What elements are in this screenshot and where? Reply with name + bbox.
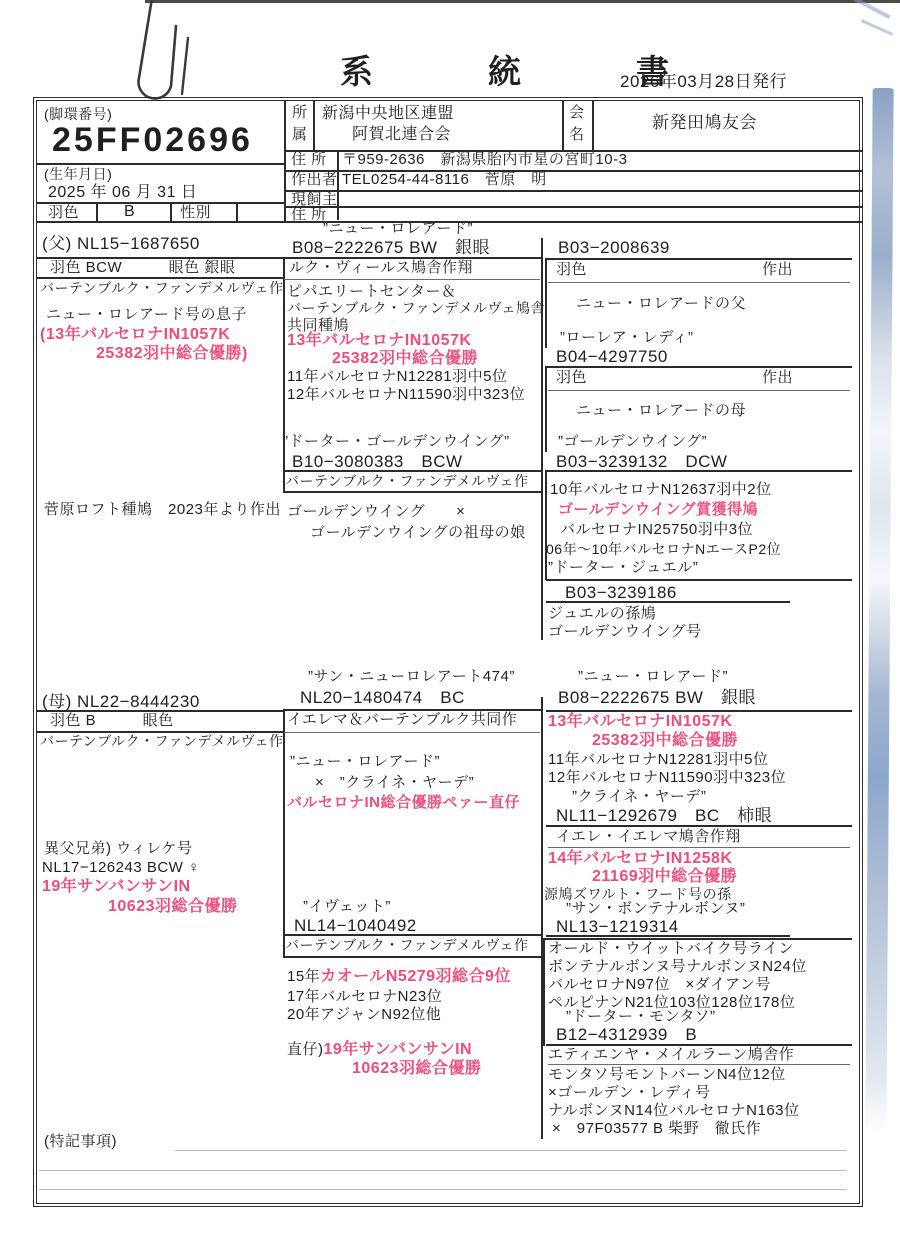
md-sire-line1: オールド・ウイットバイク号ライン — [548, 940, 794, 958]
breeder-value: TEL0254-44-8116 菅原 明 — [342, 171, 547, 189]
birth-date-value: 2025 年 06 月 31 日 — [48, 184, 197, 203]
fd-dam-note-2: ゴールデンウイング号 — [548, 623, 702, 641]
ff-dam-feather-label: 羽色 — [556, 369, 587, 387]
md-dam-line5: × 97F03577 B 柴野 徹氏作 — [552, 1120, 761, 1138]
md-dam-line4: ナルボンヌN14位バルセロナN163位 — [548, 1102, 800, 1120]
pedigree-certificate-scan: 系 統 書 2026年03月28日発行 (脚環番号) 25FF02696 (生年… — [0, 0, 900, 1240]
ff-dam-id: B04−4297750 — [556, 347, 668, 367]
md-dam-id: B12−4312939 B — [556, 1025, 697, 1045]
mother-dam-result-5: 10623羽総合優勝 — [352, 1060, 482, 1079]
father-dam-breeder: バーテンブルク・ファンデメルヴェ作 — [285, 473, 529, 490]
ff-dam-name: ”ローレア・レディ” — [560, 329, 694, 347]
mother-sire-line1: イエレマ＆バーテンブルク共同作 — [287, 711, 517, 729]
ms-dam-result-red-2: 21169羽中総合優勝 — [592, 868, 737, 887]
ring-number-value: 25FF02696 — [52, 120, 253, 160]
md-sire-name: ”サン・ボンテナルボンヌ” — [566, 900, 745, 918]
fd-sire-result-1: 10年バルセロナN12637羽中2位 — [550, 481, 772, 499]
ff-dam-note: ニュー・ロレアードの母 — [576, 402, 746, 420]
father-note: ニュー・ロレアード号の息子 — [46, 306, 247, 324]
sex-label: 性別 — [180, 204, 211, 222]
mother-sire-id: NL20−1480474 BC — [300, 688, 465, 708]
mother-sibling-note-2: NL17−126243 BCW ♀ — [42, 859, 200, 877]
club-name: 新発田鳩友会 — [652, 113, 757, 133]
father-sire-line3: バーテンブルク・ファンデメルヴェ鳩舎 — [287, 300, 545, 317]
fd-dam-name: ”ドーター・ジュエル” — [548, 559, 698, 577]
md-sire-line2: ボンテナルボンヌ号ナルボンヌN24位 — [548, 958, 807, 976]
scan-blue-mark — [861, 19, 893, 36]
father-stock-note: 菅原ロフト種鳩 2023年より作出 — [44, 501, 281, 519]
mother-dam-result-1: 15年カオールN5279羽総合9位 — [287, 968, 511, 987]
ms-dam-loft: イエレ・イエレマ鳩舎作翔 — [556, 828, 741, 846]
affiliation-line1: 新潟中央地区連盟 — [322, 105, 454, 124]
mother-dam-breeder: バーテンブルク・ファンデメルヴェ作 — [285, 937, 529, 954]
mother-sire-name: ”サン・ニューロレアート474” — [308, 668, 515, 686]
ff-sire-made-label: 作出 — [762, 261, 793, 279]
mother-sibling-note-1: 異父兄弟) ウィレケ号 — [44, 840, 192, 858]
mother-sire-line2: ”ニュー・ロレアード” — [290, 753, 440, 771]
mother-sire-line3: × ”クライネ・ヤーデ” — [315, 774, 474, 792]
mother-dam-result-2: 17年バルセロナN23位 — [287, 988, 442, 1006]
ms-sire-name: ”ニュー・ロレアード” — [578, 668, 728, 686]
ms-dam-result-red-1: 14年バルセロナIN1258K — [548, 850, 732, 869]
fd-sire-result-red: ゴールデンウイング賞獲得鳩 — [558, 501, 758, 519]
father-breeder: バーテンブルク・ファンデメルヴェ作 — [40, 280, 284, 297]
affiliation-label-bottom: 属 — [292, 126, 308, 144]
father-sire-loft: ルク・ヴィールス鳩舎作翔 — [289, 259, 473, 277]
md-dam-line3: ×ゴールデン・レディ号 — [548, 1084, 710, 1102]
feather-color-label: 羽色 — [48, 204, 79, 222]
mother-sire-result-red: バルセロナIN総合優勝ペァー直仔 — [287, 794, 520, 812]
ms-dam-id: NL11−1292679 BC 柿眼 — [556, 806, 772, 826]
father-sire-id: B08−2222675 BW 銀眼 — [292, 238, 490, 258]
affiliation-line2: 阿賀北連合会 — [352, 126, 451, 145]
scan-blue-strip — [865, 88, 893, 1133]
fd-dam-note-1: ジュエルの孫鳩 — [548, 605, 656, 623]
result-year-prefix: 15年 — [287, 968, 320, 985]
md-dam-line1: エティエンヤ・メイルラーン鳩舎作 — [548, 1046, 794, 1064]
mother-dam-result-3: 20年アジャンN92位他 — [287, 1006, 441, 1024]
mother-result-red-1: 19年サンバンサンIN — [42, 878, 191, 897]
mother-dam-result-4: 直仔)19年サンバンサンIN — [287, 1041, 472, 1060]
ff-sire-id: B03−2008639 — [558, 238, 670, 258]
father-ring-id: (父) NL15−1687650 — [42, 234, 200, 254]
md-sire-line3: バルセロナN97位 ×ダイアン号 — [548, 976, 771, 994]
scan-top-edge — [145, 0, 900, 3]
mother-breeder: バーテンブルク・ファンデメルヴェ作 — [40, 733, 284, 750]
fd-sire-name: ”ゴールデンウイング” — [558, 433, 707, 451]
address-value: 〒959-2636 新潟県胎内市星の宮町10-3 — [342, 151, 627, 169]
father-dam-name: ”ドーター・ゴールデンウイング” — [283, 433, 510, 451]
ff-sire-note: ニュー・ロレアードの父 — [576, 295, 746, 313]
issue-date: 2026年03月28日発行 — [620, 72, 787, 92]
fd-sire-result-2: バルセロナIN25750羽中3位 — [560, 521, 753, 539]
father-sire-result-3: 11年バルセロナN12281羽中5位 — [287, 368, 507, 386]
ff-sire-feather-label: 羽色 — [556, 261, 587, 279]
father-result-red-1: (13年バルセロナIN1057K — [40, 326, 230, 345]
father-sire-result-red-2: 25382羽中総合優勝 — [332, 350, 478, 369]
feather-color-value: B — [124, 203, 135, 222]
affiliation-label-top: 所 — [292, 104, 308, 122]
address-label: 住 所 — [291, 151, 327, 169]
ff-dam-made-label: 作出 — [762, 369, 793, 387]
md-dam-name: ”ドーター・モンタソ” — [566, 1008, 715, 1026]
special-notes-label: (特記事項) — [44, 1133, 117, 1151]
ms-sire-result-red-1: 13年バルセロナIN1057K — [548, 713, 732, 732]
father-colors: 羽色 BCW 眼色 銀眼 — [50, 259, 235, 277]
father-sire-name: ”ニュー・ロレアード” — [323, 220, 473, 238]
mother-result-red-2: 10623羽総合優勝 — [108, 898, 238, 917]
mother-dam-name: ”イヴェット” — [303, 898, 391, 916]
ms-sire-result-2: 12年バルセロナN11590羽中323位 — [548, 769, 786, 787]
ms-sire-result-1: 11年バルセロナN12281羽中5位 — [548, 751, 768, 769]
ms-sire-id: B08−2222675 BW 銀眼 — [558, 688, 756, 708]
club-label-bottom: 名 — [569, 126, 585, 144]
father-sire-result-4: 12年バルセロナN11590羽中323位 — [287, 386, 525, 404]
breeder-label: 作出者 — [291, 171, 338, 189]
result-direct-child-prefix: 直仔) — [287, 1041, 324, 1058]
club-label-top: 会 — [569, 104, 585, 122]
birth-date-label: (生年月日) — [44, 166, 112, 183]
fd-sire-result-3: 06年～10年バルセロナNエースP2位 — [546, 541, 781, 558]
mother-colors: 羽色 B 眼色 — [50, 712, 174, 730]
father-dam-cross-1: ゴールデンウイング × — [287, 503, 465, 521]
father-sire-line2: ピパエリートセンター＆ — [287, 283, 456, 301]
ms-sire-result-red-2: 25382羽中総合優勝 — [592, 732, 738, 751]
ms-dam-name: ”クライネ・ヤーデ” — [572, 788, 706, 806]
md-dam-line2: モンタソ号モントバーンN4位12位 — [548, 1066, 786, 1084]
result-red-part: カオールN5279羽総合9位 — [320, 968, 511, 985]
father-sire-result-red-1: 13年バルセロナIN1057K — [287, 332, 471, 351]
father-result-red-2: 25382羽中総合優勝) — [96, 345, 248, 364]
father-dam-cross-2: ゴールデンウイングの祖母の娘 — [310, 524, 526, 542]
result-red-part: 19年サンバンサンIN — [324, 1041, 473, 1058]
